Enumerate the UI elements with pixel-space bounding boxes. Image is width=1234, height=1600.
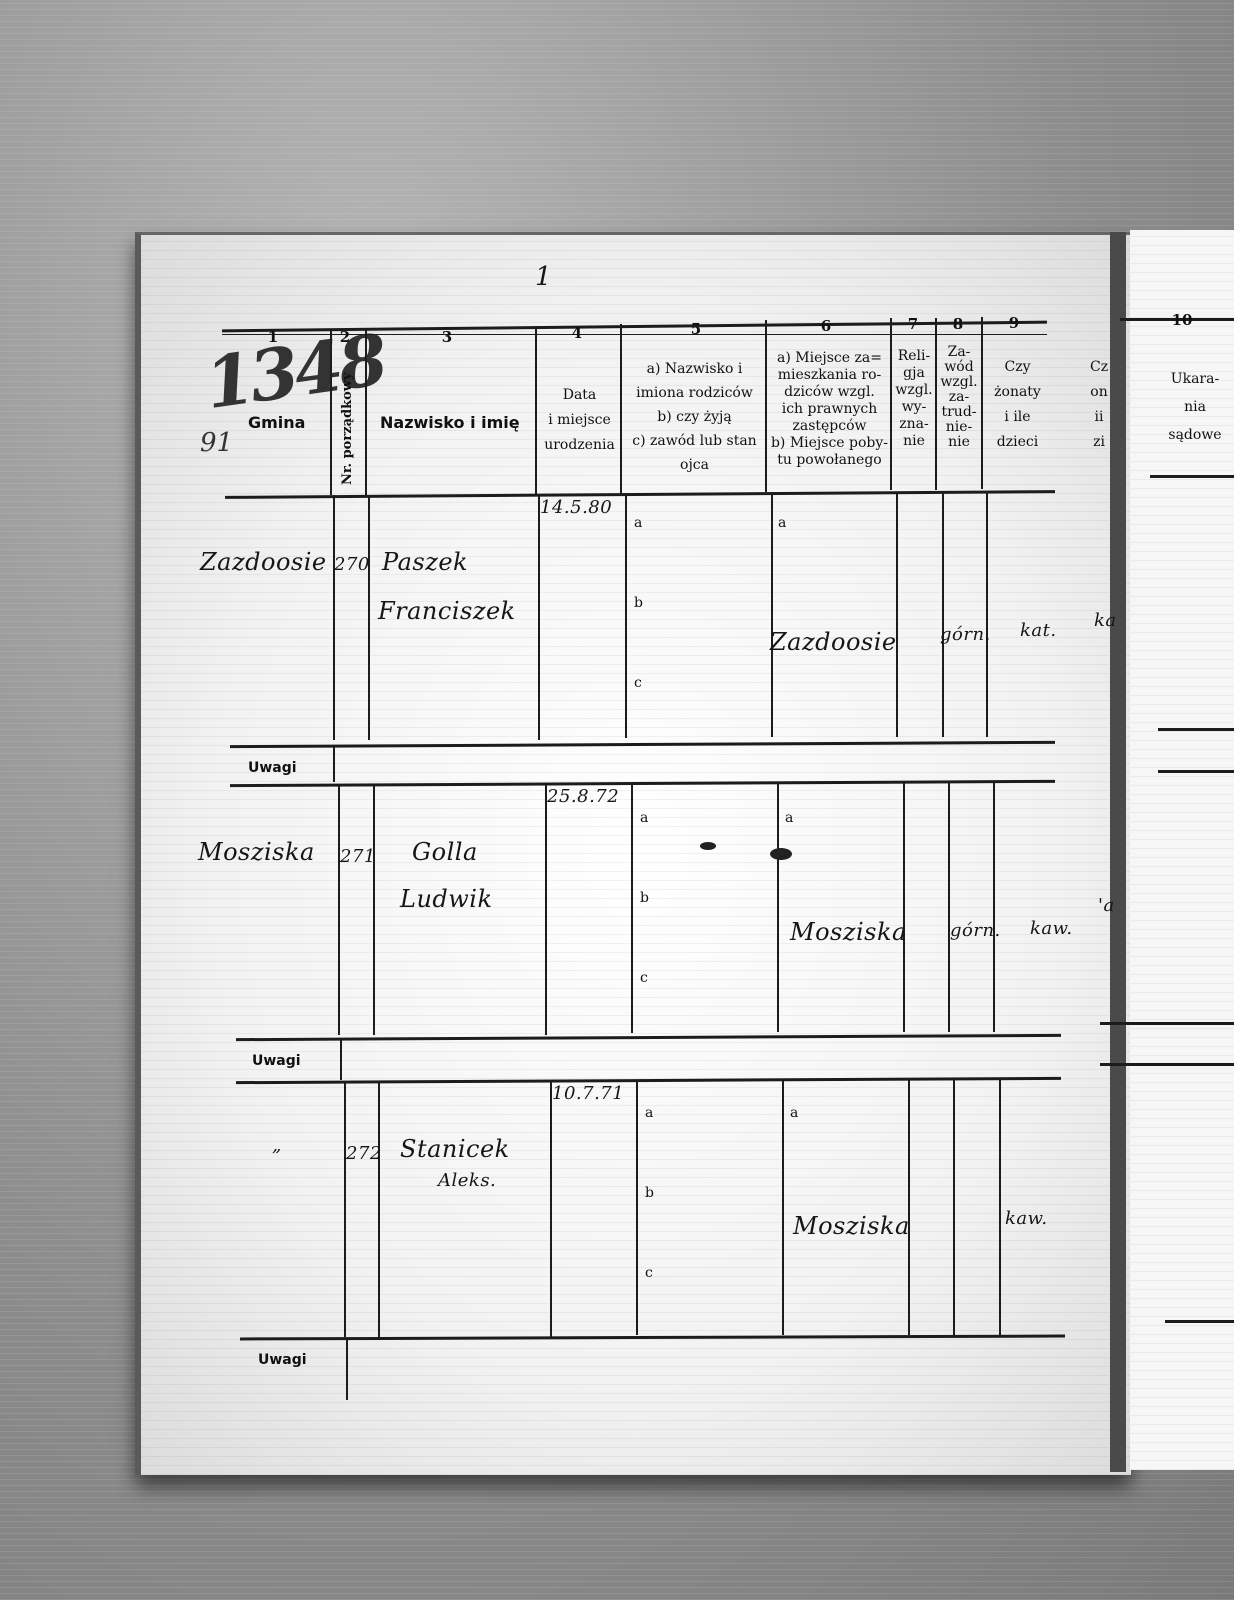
book-spine [1110,232,1126,1472]
entry-3-birth-date: 10.7.71 [552,1083,624,1104]
entry-1-overflow: ka [1094,610,1117,631]
ink-blot [770,848,792,860]
entry-2-overflow: 'a [1098,895,1115,916]
col-divider [896,492,898,737]
remarks-divider [340,1040,342,1080]
entry-2-sub-c: c [640,970,648,986]
header-col9: Czy żonaty i ile dzieci [985,355,1050,455]
col-num-9: 9 [999,314,1029,332]
entry-1-occupation: górn. [940,624,991,645]
entry-2-residence-b: Mosziska [790,918,907,946]
col-divider [631,783,633,1033]
header-gmina: Gmina [248,413,305,432]
page-mark: 91 [200,428,233,458]
entry-2-gmina: Mosziska [198,838,315,866]
entry-1-nr: 270 [334,554,370,575]
row-rule-right [1158,770,1234,773]
entry-2-occupation: górn. [950,920,1001,941]
entry-3-nr: 272 [346,1143,382,1164]
col-divider [777,782,779,1032]
col-divider [620,324,622,494]
header-col-partial: Cz on ii zi [1090,355,1108,455]
header-col4: Data i miejsce urodzenia [537,383,622,458]
entry-1-given-name: Franciszek [378,597,516,625]
entry-2-sub-b: b [640,890,649,906]
header-col10: Ukara- nia sądowe [1150,365,1234,449]
remarks-divider [346,1338,348,1400]
entry-3-sub-c: c [645,1265,653,1281]
col-divider [765,320,767,492]
header-nr-porzadkowy: Nr. porządkowy [340,372,355,485]
entry-1-surname: Paszek [382,548,468,576]
entry-2-marital: kaw. [1030,918,1073,939]
col-divider [330,330,332,495]
row-rule-right [1158,728,1234,731]
col-divider [953,1080,955,1335]
col-num-5: 5 [681,320,711,338]
col-divider [948,782,950,1032]
ink-blot [700,842,716,850]
entry-1-marital: kat. [1020,620,1057,641]
entry-3-sub-a: a [645,1105,653,1121]
entry-3-marital: kaw. [1005,1208,1048,1229]
row-rule-right [1100,1063,1234,1066]
entry-2-nr: 271 [340,846,376,867]
col-divider [333,495,335,740]
entry-1-residence-b: Zazdoosie [770,628,897,656]
col-divider [550,1082,552,1337]
header-nazwisko-imie: Nazwisko i imię [380,413,520,432]
entry-3-col6-sub-a: a [790,1105,798,1121]
entry-2-sub-a: a [640,810,648,826]
col-num-8: 8 [943,315,973,333]
col-divider [771,492,773,737]
col-divider [545,785,547,1035]
col-divider [368,495,370,740]
header-col8: Za- wód wzgl. za- trud- nie- nie [937,345,981,450]
remarks-label-2: Uwagi [252,1053,301,1069]
col-divider [993,782,995,1032]
entry-2-col6-sub-a: a [785,810,793,826]
col-num-1: 1 [258,328,288,346]
col-divider [999,1080,1001,1335]
col-divider [981,317,983,489]
remarks-label-1: Uwagi [248,760,297,776]
entry-1-sub-c: c [634,675,642,691]
col-divider [908,1080,910,1335]
remarks-divider [333,745,335,782]
entry-1-birth-date: 14.5.80 [540,497,612,518]
entry-3-sub-b: b [645,1185,654,1201]
col-divider [625,493,627,738]
entry-1-gmina: Zazdoosie [200,548,327,576]
col-divider [986,492,988,737]
col-num-6: 6 [811,317,841,335]
header-col6: a) Miejsce za= mieszkania ro- dziców wzg… [767,350,892,469]
col-divider [373,785,375,1035]
entry-1-sub-b: b [634,595,643,611]
col-divider [365,330,367,495]
col-divider [636,1080,638,1335]
col-divider [903,782,905,1032]
remarks-label-3: Uwagi [258,1352,307,1368]
top-mark: 1 [535,262,552,292]
col-num-4: 4 [562,324,592,342]
entry-2-birth-date: 25.8.72 [547,786,619,807]
header-col7: Reli- gja wzgl. wy- zna- nie [893,348,935,450]
entry-1-sub-a: a [634,515,642,531]
entry-2-given-name: Ludwik [400,885,493,913]
col-num-7: 7 [898,315,928,333]
col-num-10: 10 [1167,311,1197,329]
row-rule-right [1100,1022,1234,1025]
entry-3-given-name: Aleks. [438,1170,496,1191]
entry-3-gmina-ditto: „ [272,1135,282,1156]
col-num-3: 3 [432,328,462,346]
col-divider [890,318,892,490]
col-divider [538,495,540,740]
col-num-2: 2 [330,328,360,346]
col-divider [338,785,340,1035]
header-rule-right-bottom [1150,475,1234,478]
col-divider [344,1082,346,1337]
entry-3-surname: Stanicek [400,1135,510,1163]
col-divider [942,492,944,737]
col-divider [782,1080,784,1335]
col-divider [378,1082,380,1337]
row-rule-right [1165,1320,1234,1323]
entry-2-surname: Golla [412,838,478,866]
entry-1-col6-sub-a: a [778,515,786,531]
entry-3-residence-b: Mosziska [793,1212,910,1240]
col-divider [935,318,937,490]
header-col5: a) Nazwisko i imiona rodziców b) czy żyj… [622,357,767,477]
col-divider [535,326,537,494]
